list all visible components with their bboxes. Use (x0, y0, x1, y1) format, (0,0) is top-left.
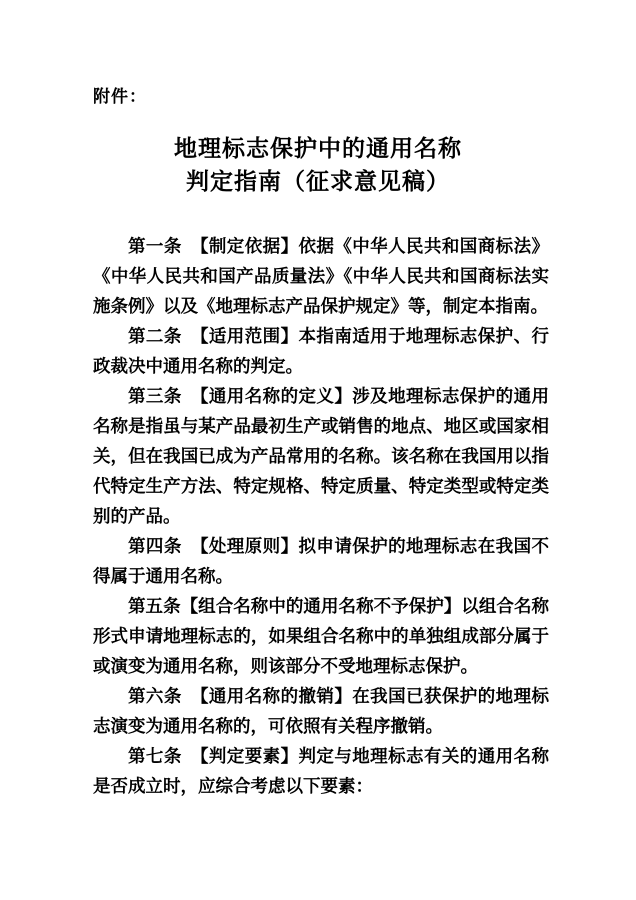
paragraph-article-4: 第四条 【处理原则】拟申请保护的地理标志在我国不得属于通用名称。 (93, 531, 549, 591)
paragraph-article-5: 第五条【组合名称中的通用名称不予保护】以组合名称形式申请地理标志的，如果组合名称… (93, 591, 549, 681)
paragraph-article-3: 第三条 【通用名称的定义】涉及地理标志保护的通用名称是指虽与某产品最初生产或销售… (93, 381, 549, 531)
paragraph-article-1: 第一条 【制定依据】依据《中华人民共和国商标法》《中华人民共和国产品质量法》《中… (93, 231, 549, 321)
paragraph-article-7: 第七条 【判定要素】判定与地理标志有关的通用名称是否成立时，应综合考虑以下要素： (93, 741, 549, 801)
title-line-2: 判定指南（征求意见稿） (0, 165, 636, 198)
paragraph-article-6: 第六条 【通用名称的撤销】在我国已获保护的地理标志演变为通用名称的，可依照有关程… (93, 681, 549, 741)
title-line-1: 地理标志保护中的通用名称 (0, 132, 636, 165)
attachment-label: 附件： (93, 82, 147, 107)
document-title: 地理标志保护中的通用名称 判定指南（征求意见稿） (0, 132, 636, 198)
document-body: 第一条 【制定依据】依据《中华人民共和国商标法》《中华人民共和国产品质量法》《中… (93, 231, 549, 801)
paragraph-article-2: 第二条 【适用范围】本指南适用于地理标志保护、行政裁决中通用名称的判定。 (93, 321, 549, 381)
document-page: 附件： 地理标志保护中的通用名称 判定指南（征求意见稿） 第一条 【制定依据】依… (0, 0, 636, 900)
